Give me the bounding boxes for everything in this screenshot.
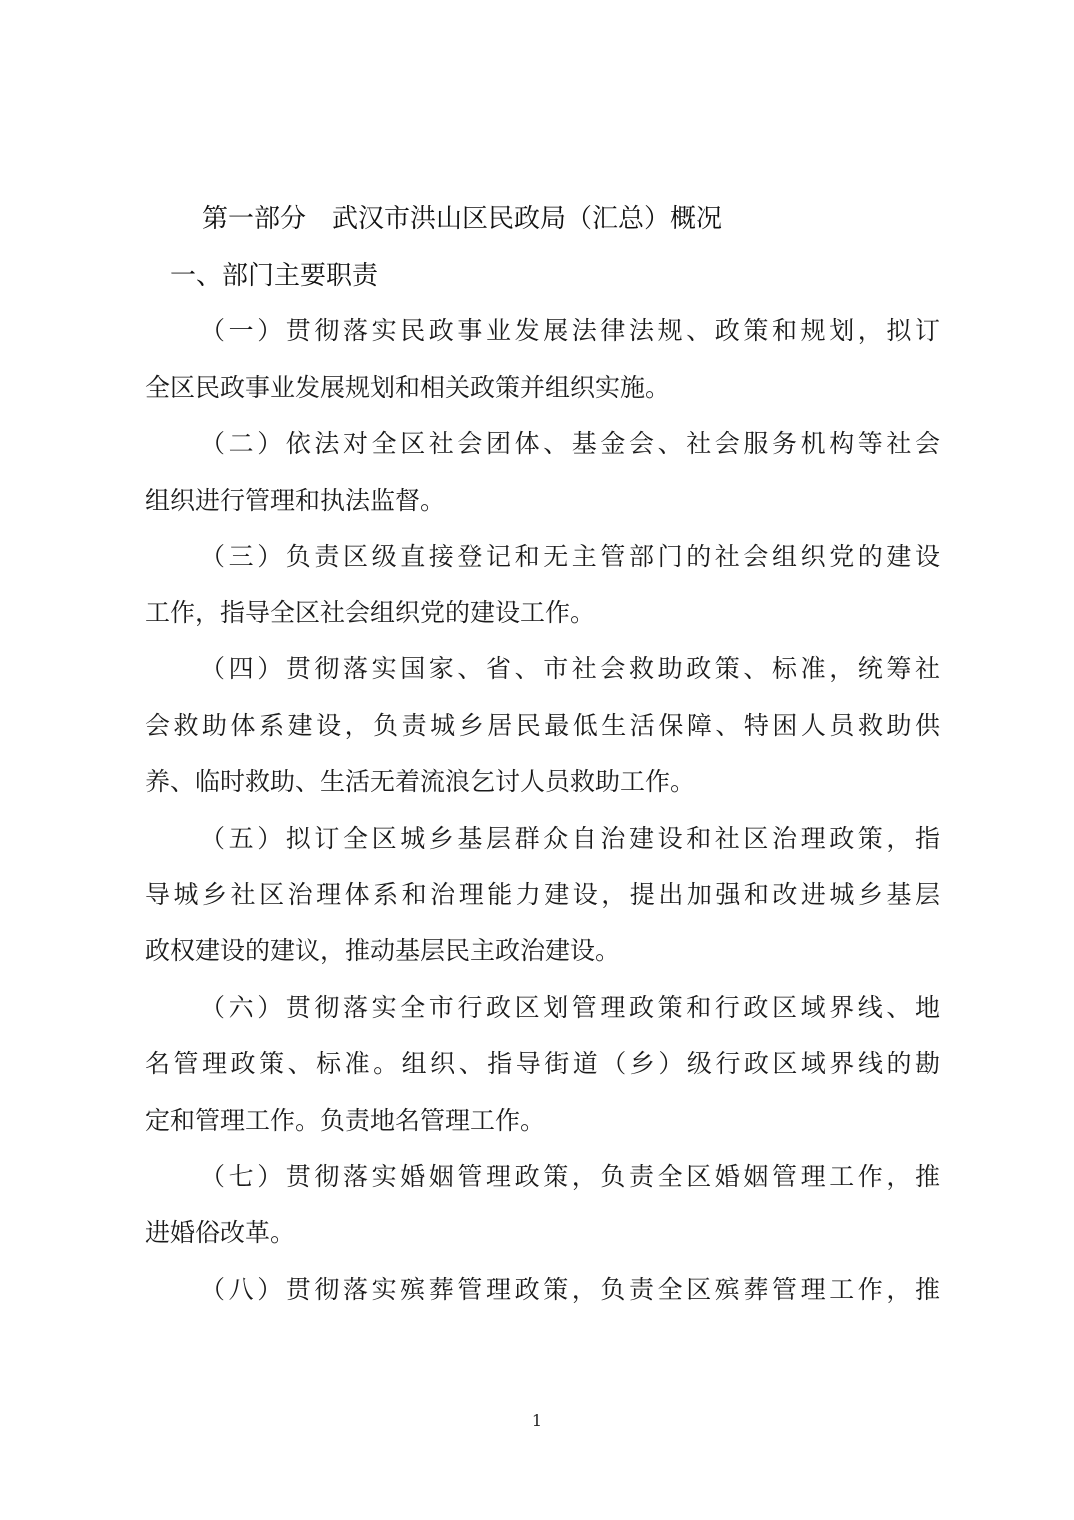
paragraph-4-line-3: 养、临时救助、生活无着流浪乞讨人员救助工作。 [145,767,940,797]
paragraph-4-line-2: 会救助体系建设，负责城乡居民最低生活保障、特困人员救助供 [145,711,940,741]
paragraph-5-line-2: 导城乡社区治理体系和治理能力建设，提出加强和改进城乡基层 [145,880,940,910]
paragraph-6-line-3: 定和管理工作。负责地名管理工作。 [145,1106,940,1136]
paragraph-3-line-2: 工作，指导全区社会组织党的建设工作。 [145,598,940,628]
paragraph-2-line-2: 组织进行管理和执法监督。 [145,486,940,516]
paragraph-1-line-1: （一）贯彻落实民政事业发展法律法规、政策和规划，拟订 [200,316,940,346]
document-page: 第一部分 武汉市洪山区民政局（汇总）概况 一、部门主要职责 （一）贯彻落实民政事… [0,0,1074,1520]
paragraph-7-line-2: 进婚俗改革。 [145,1218,940,1248]
paragraph-8-line-1: （八）贯彻落实殡葬管理政策，负责全区殡葬管理工作，推 [200,1275,940,1305]
paragraph-6-line-1: （六）贯彻落实全市行政区划管理政策和行政区域界线、地 [200,993,940,1023]
paragraph-6-line-2: 名管理政策、标准。组织、指导街道（乡）级行政区域界线的勘 [145,1049,940,1079]
paragraph-3-line-1: （三）负责区级直接登记和无主管部门的社会组织党的建设 [200,542,940,572]
section-heading: 一、部门主要职责 [170,255,378,292]
paragraph-1-line-2: 全区民政事业发展规划和相关政策并组织实施。 [145,373,940,403]
page-number: 1 [0,1411,1074,1430]
paragraph-5-line-1: （五）拟订全区城乡基层群众自治建设和社区治理政策，指 [200,824,940,854]
paragraph-4-line-1: （四）贯彻落实国家、省、市社会救助政策、标准，统筹社 [200,654,940,684]
document-title: 第一部分 武汉市洪山区民政局（汇总）概况 [202,198,722,235]
paragraph-5-line-3: 政权建设的建议，推动基层民主政治建设。 [145,936,940,966]
paragraph-2-line-1: （二）依法对全区社会团体、基金会、社会服务机构等社会 [200,429,940,459]
paragraph-7-line-1: （七）贯彻落实婚姻管理政策，负责全区婚姻管理工作，推 [200,1162,940,1192]
